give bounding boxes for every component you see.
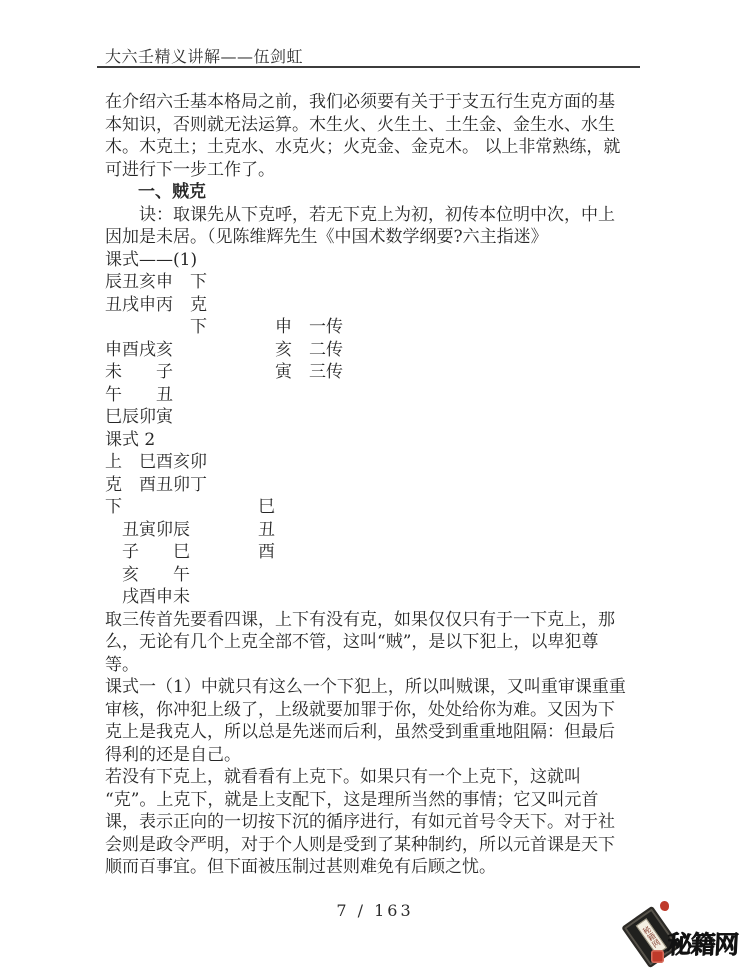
seal-stamp-icon (651, 950, 664, 963)
text-line: 会则是政令严明，对于个人则是受到了某种制约，所以元首课是天下 (105, 834, 653, 857)
seal-dot-icon (660, 901, 669, 911)
paragraph-intro: 在介绍六壬基本格局之前，我们必须要有关于于支五行生克方面的基本知识，否则就无法运… (105, 91, 653, 181)
text-line: 课式——(1) (105, 249, 653, 272)
body-text: 在介绍六壬基本格局之前，我们必须要有关于于支五行生克方面的基本知识，否则就无法运… (105, 91, 653, 879)
text-line: 上 巳酉亥卯 (105, 451, 653, 474)
text-line: 亥 午 (105, 564, 653, 587)
text-line: 丑戌申丙 克 (105, 294, 653, 317)
text-line: “克”。上克下，就是上支配下，这是理所当然的事情；它又叫元首 (105, 789, 653, 812)
keshi-2-block: 课式 2上 巳酉亥卯克 酉丑卯丁下 巳 丑寅卯辰 丑 子 巳 酉 亥 午 戌酉申… (105, 429, 653, 609)
title-rule (97, 66, 640, 68)
watermark-logo: 秘籍网 秘籍网 (618, 890, 750, 970)
text-line: 么，无论有几个上克全部不管，这叫“贼”，是以下犯上，以卑犯尊 (105, 631, 653, 654)
text-line: 巳辰卯寅 (105, 406, 653, 429)
text-line: 本知识，否则就无法运算。木生火、火生土、土生金、金生水、水生 (105, 114, 653, 137)
text-line: 辰丑亥申 下 (105, 271, 653, 294)
text-line: 可进行下一步工作了。 (105, 159, 653, 182)
text-line: 等。 (105, 654, 653, 677)
text-line: 因加是未居。（见陈维辉先生《中国术数学纲要?六主指迷》 (105, 226, 653, 249)
text-line: 申酉戌亥 亥 二传 (105, 339, 653, 362)
text-line: 子 巳 酉 (105, 541, 653, 564)
text-line: 午 丑 (105, 384, 653, 407)
document-page: 大六壬精义讲解——伍剑虹 在介绍六壬基本格局之前，我们必须要有关于于支五行生克方… (0, 0, 750, 970)
text-line: 审核，你冲犯上级了，上级就要加罪于你，处处给你为难。又因为下 (105, 699, 653, 722)
text-line: 戌酉申未 (105, 586, 653, 609)
keshi-1-block: 课式——(1)辰丑亥申 下丑戌申丙 克 下 申 一传申酉戌亥 亥 二传未 子 寅… (105, 249, 653, 429)
paragraph-santran: 取三传首先要看四课，上下有没有克，如果仅仅只有于一下克上，那么，无论有几个上克全… (105, 609, 653, 677)
section-heading: 一、贼克 (105, 181, 653, 204)
text-line: 课，表示正向的一切按下沉的循序进行，有如元首号令天下。对于社 (105, 811, 653, 834)
page-title: 大六壬精义讲解——伍剑虹 (105, 44, 303, 67)
text-line: 克 酉丑卯丁 (105, 474, 653, 497)
text-line: 取三传首先要看四课，上下有没有克，如果仅仅只有于一下克上，那 (105, 609, 653, 632)
watermark-site-name: 秘籍网 (666, 925, 738, 961)
text-line: 诀：取课先从下克呼，若无下克上为初，初传本位明中次，中上 (105, 204, 653, 227)
paragraph-yuanshou: 若没有下克上，就看看有上克下。如果只有一个上克下，这就叫“克”。上克下，就是上支… (105, 766, 653, 879)
text-line: 下 申 一传 (105, 316, 653, 339)
paragraph-zeike: 课式一（1）中就只有这么一个下犯上，所以叫贼课，又叫重审课重重审核，你冲犯上级了… (105, 676, 653, 766)
text-line: 得利的还是自己。 (105, 744, 653, 767)
text-line: 课式 2 (105, 429, 653, 452)
text-line: 若没有下克上，就看看有上克下。如果只有一个上克下，这就叫 (105, 766, 653, 789)
text-line: 在介绍六壬基本格局之前，我们必须要有关于于支五行生克方面的基 (105, 91, 653, 114)
text-line: 顺而百事宜。但下面被压制过甚则难免有后顾之忧。 (105, 856, 653, 879)
text-line: 未 子 寅 三传 (105, 361, 653, 384)
text-line: 课式一（1）中就只有这么一个下犯上，所以叫贼课，又叫重审课重重 (105, 676, 653, 699)
text-line: 丑寅卯辰 丑 (105, 519, 653, 542)
text-line: 克上是我克人，所以总是先迷而后利，虽然受到重重地阻隔：但最后 (105, 721, 653, 744)
text-line: 木。木克土；土克水、水克火；火克金、金克木。 以上非常熟练，就 (105, 136, 653, 159)
text-line: 下 巳 (105, 496, 653, 519)
paragraph-jue: 诀：取课先从下克呼，若无下克上为初，初传本位明中次，中上因加是未居。（见陈维辉先… (105, 204, 653, 249)
